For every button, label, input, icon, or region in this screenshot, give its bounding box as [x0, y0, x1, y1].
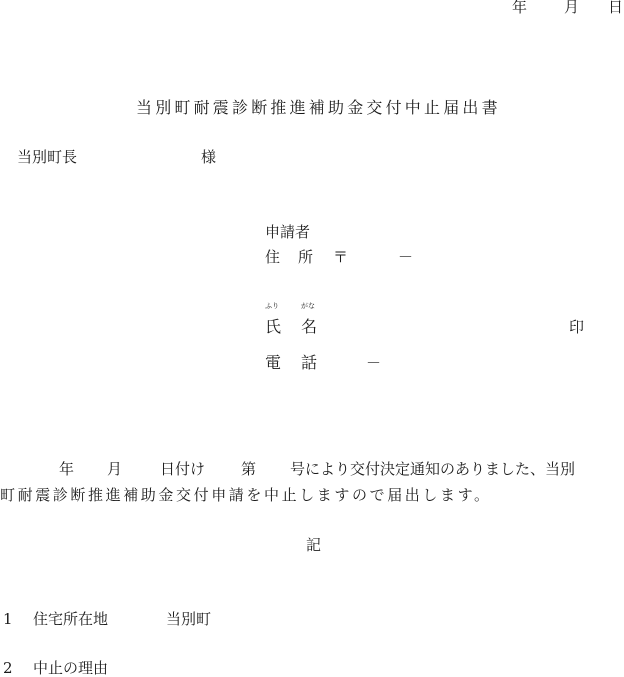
seal-mark: 印: [569, 320, 584, 335]
date-day: 日: [608, 0, 623, 15]
item-value: 当別町: [166, 612, 211, 627]
name-label-2: 名: [301, 319, 317, 335]
document-title: 当別町耐震診断推進補助金交付中止届出書: [136, 100, 501, 116]
name-label-1: 氏: [265, 319, 281, 335]
body-line2: 町耐震診断推進補助金交付申請を中止しますので届出します。: [0, 488, 492, 503]
ki-heading: 記: [306, 538, 321, 553]
phone-label-2: 話: [301, 355, 317, 371]
furigana-1: ふり: [265, 303, 279, 310]
postal-mark: 〒: [333, 250, 348, 265]
body-line1-rest: 号により交付決定通知のありました、当別: [290, 462, 575, 477]
body-year: 年: [59, 462, 74, 477]
addressee-name: 当別町長: [17, 150, 77, 165]
item-number: 2: [3, 661, 13, 676]
item-label: 中止の理由: [33, 661, 108, 676]
date-year: 年: [512, 0, 527, 15]
body-number-prefix: 第: [241, 462, 256, 477]
furigana-2: がな: [301, 303, 315, 310]
applicant-heading: 申請者: [265, 225, 310, 240]
body-day-dated: 日付け: [160, 462, 205, 477]
phone-dash: －: [366, 356, 381, 371]
addressee-honorific: 様: [201, 150, 216, 165]
item-number: 1: [3, 612, 13, 627]
body-month: 月: [107, 462, 122, 477]
item-label: 住宅所在地: [33, 612, 108, 627]
phone-label-1: 電: [265, 355, 281, 371]
date-month: 月: [564, 0, 579, 15]
address-label-2: 所: [298, 250, 313, 265]
postal-dash: －: [398, 250, 413, 265]
address-label-1: 住: [265, 250, 280, 265]
